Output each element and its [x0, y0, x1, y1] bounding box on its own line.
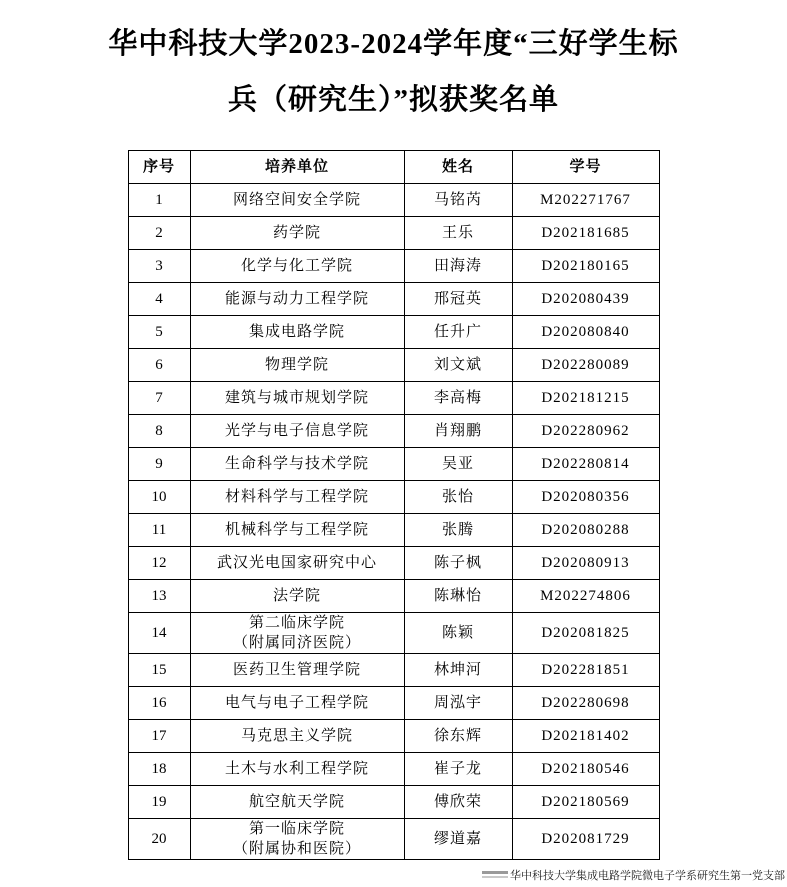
student-id-cell: D202181215: [512, 382, 659, 415]
table-row: 12武汉光电国家研究中心陈子枫D202080913: [128, 547, 659, 580]
document-page: 华中科技大学2023-2024学年度“三好学生标 兵（研究生）”拟获奖名单 序号…: [0, 0, 787, 887]
unit-cell: 能源与动力工程学院: [190, 283, 404, 316]
name-cell: 周泓宇: [404, 687, 512, 720]
unit-cell: 生命科学与技术学院: [190, 448, 404, 481]
unit-line2: （附属协和医院）: [193, 839, 402, 859]
unit-line1: 土木与水利工程学院: [193, 759, 402, 779]
student-id-cell: D202181402: [512, 720, 659, 753]
row-index-cell: 19: [128, 786, 190, 819]
name-cell: 任升广: [404, 316, 512, 349]
student-id-cell: D202181685: [512, 217, 659, 250]
unit-line2: （附属同济医院）: [193, 633, 402, 653]
footer: 华中科技大学集成电路学院微电子学系研究生第一党支部: [482, 867, 785, 883]
unit-line1: 航空航天学院: [193, 792, 402, 812]
row-index-cell: 10: [128, 481, 190, 514]
unit-cell: 医药卫生管理学院: [190, 654, 404, 687]
unit-line1: 光学与电子信息学院: [193, 421, 402, 441]
unit-cell: 第二临床学院（附属同济医院）: [190, 613, 404, 654]
student-id-cell: D202280698: [512, 687, 659, 720]
name-cell: 田海涛: [404, 250, 512, 283]
student-id-cell: D202080840: [512, 316, 659, 349]
table-row: 19航空航天学院傅欣荣D202180569: [128, 786, 659, 819]
table-row: 18土木与水利工程学院崔子龙D202180546: [128, 753, 659, 786]
unit-line1: 马克思主义学院: [193, 726, 402, 746]
row-index-cell: 3: [128, 250, 190, 283]
name-cell: 肖翔鹏: [404, 415, 512, 448]
row-index-cell: 13: [128, 580, 190, 613]
unit-line1: 药学院: [193, 223, 402, 243]
row-index-cell: 16: [128, 687, 190, 720]
row-index-cell: 9: [128, 448, 190, 481]
unit-line1: 材料科学与工程学院: [193, 487, 402, 507]
table-row: 6物理学院刘文斌D202280089: [128, 349, 659, 382]
student-id-cell: D202180165: [512, 250, 659, 283]
page-title-line2: 兵（研究生）”拟获奖名单: [228, 84, 559, 116]
name-cell: 陈颖: [404, 613, 512, 654]
name-cell: 陈子枫: [404, 547, 512, 580]
name-cell: 张腾: [404, 514, 512, 547]
table-row: 11机械科学与工程学院张腾D202080288: [128, 514, 659, 547]
name-cell: 林坤河: [404, 654, 512, 687]
student-id-cell: D202281851: [512, 654, 659, 687]
table-row: 16电气与电子工程学院周泓宇D202280698: [128, 687, 659, 720]
row-index-cell: 8: [128, 415, 190, 448]
unit-line1: 物理学院: [193, 355, 402, 375]
col-header-id: 学号: [512, 151, 659, 184]
unit-line1: 网络空间安全学院: [193, 190, 402, 210]
name-cell: 徐东辉: [404, 720, 512, 753]
table-row: 1网络空间安全学院马铭芮M202271767: [128, 184, 659, 217]
unit-cell: 网络空间安全学院: [190, 184, 404, 217]
table-row: 2药学院王乐D202181685: [128, 217, 659, 250]
row-index-cell: 15: [128, 654, 190, 687]
unit-cell: 机械科学与工程学院: [190, 514, 404, 547]
student-id-cell: D202180569: [512, 786, 659, 819]
student-id-cell: M202274806: [512, 580, 659, 613]
award-table: 序号 培养单位 姓名 学号 1网络空间安全学院马铭芮M2022717672药学院…: [128, 150, 660, 860]
unit-line1: 集成电路学院: [193, 322, 402, 342]
col-header-name: 姓名: [404, 151, 512, 184]
page-title-line1: 华中科技大学2023-2024学年度“三好学生标: [108, 28, 678, 60]
name-cell: 刘文斌: [404, 349, 512, 382]
row-index-cell: 18: [128, 753, 190, 786]
table-row: 17马克思主义学院徐东辉D202181402: [128, 720, 659, 753]
student-id-cell: D202081825: [512, 613, 659, 654]
unit-line1: 法学院: [193, 586, 402, 606]
col-header-unit: 培养单位: [190, 151, 404, 184]
table-row: 9生命科学与技术学院吴亚D202280814: [128, 448, 659, 481]
unit-cell: 药学院: [190, 217, 404, 250]
student-id-cell: D202080439: [512, 283, 659, 316]
table-row: 7建筑与城市规划学院李高梅D202181215: [128, 382, 659, 415]
row-index-cell: 2: [128, 217, 190, 250]
row-index-cell: 6: [128, 349, 190, 382]
table-row: 3化学与化工学院田海涛D202180165: [128, 250, 659, 283]
student-id-cell: D202080356: [512, 481, 659, 514]
table-row: 10材料科学与工程学院张怡D202080356: [128, 481, 659, 514]
unit-line1: 武汉光电国家研究中心: [193, 553, 402, 573]
table-header-row: 序号 培养单位 姓名 学号: [128, 151, 659, 184]
unit-cell: 武汉光电国家研究中心: [190, 547, 404, 580]
table-row: 8光学与电子信息学院肖翔鹏D202280962: [128, 415, 659, 448]
student-id-cell: M202271767: [512, 184, 659, 217]
unit-cell: 材料科学与工程学院: [190, 481, 404, 514]
student-id-cell: D202280814: [512, 448, 659, 481]
unit-line1: 第二临床学院: [193, 613, 402, 633]
name-cell: 邢冠英: [404, 283, 512, 316]
student-id-cell: D202080913: [512, 547, 659, 580]
unit-line1: 生命科学与技术学院: [193, 454, 402, 474]
name-cell: 吴亚: [404, 448, 512, 481]
unit-cell: 法学院: [190, 580, 404, 613]
unit-line1: 电气与电子工程学院: [193, 693, 402, 713]
col-header-index: 序号: [128, 151, 190, 184]
name-cell: 陈琳怡: [404, 580, 512, 613]
unit-cell: 建筑与城市规划学院: [190, 382, 404, 415]
table-row: 20第一临床学院（附属协和医院）缪道嘉D202081729: [128, 819, 659, 860]
row-index-cell: 17: [128, 720, 190, 753]
name-cell: 李高梅: [404, 382, 512, 415]
table-row: 13法学院陈琳怡M202274806: [128, 580, 659, 613]
table-row: 4能源与动力工程学院邢冠英D202080439: [128, 283, 659, 316]
unit-cell: 航空航天学院: [190, 786, 404, 819]
row-index-cell: 20: [128, 819, 190, 860]
unit-line1: 能源与动力工程学院: [193, 289, 402, 309]
name-cell: 张怡: [404, 481, 512, 514]
row-index-cell: 14: [128, 613, 190, 654]
name-cell: 傅欣荣: [404, 786, 512, 819]
footer-watermark-logo: [482, 871, 508, 879]
name-cell: 马铭芮: [404, 184, 512, 217]
row-index-cell: 12: [128, 547, 190, 580]
unit-cell: 集成电路学院: [190, 316, 404, 349]
unit-line1: 建筑与城市规划学院: [193, 388, 402, 408]
name-cell: 崔子龙: [404, 753, 512, 786]
table-row: 15医药卫生管理学院林坤河D202281851: [128, 654, 659, 687]
student-id-cell: D202080288: [512, 514, 659, 547]
table-row: 5集成电路学院任升广D202080840: [128, 316, 659, 349]
unit-cell: 土木与水利工程学院: [190, 753, 404, 786]
page-title: 华中科技大学2023-2024学年度“三好学生标 兵（研究生）”拟获奖名单: [74, 0, 714, 128]
unit-cell: 马克思主义学院: [190, 720, 404, 753]
student-id-cell: D202280962: [512, 415, 659, 448]
row-index-cell: 7: [128, 382, 190, 415]
row-index-cell: 1: [128, 184, 190, 217]
name-cell: 缪道嘉: [404, 819, 512, 860]
unit-line1: 化学与化工学院: [193, 256, 402, 276]
unit-cell: 光学与电子信息学院: [190, 415, 404, 448]
row-index-cell: 5: [128, 316, 190, 349]
name-cell: 王乐: [404, 217, 512, 250]
table-row: 14第二临床学院（附属同济医院）陈颖D202081825: [128, 613, 659, 654]
unit-line1: 机械科学与工程学院: [193, 520, 402, 540]
row-index-cell: 4: [128, 283, 190, 316]
student-id-cell: D202081729: [512, 819, 659, 860]
row-index-cell: 11: [128, 514, 190, 547]
student-id-cell: D202280089: [512, 349, 659, 382]
student-id-cell: D202180546: [512, 753, 659, 786]
unit-cell: 物理学院: [190, 349, 404, 382]
unit-cell: 电气与电子工程学院: [190, 687, 404, 720]
footer-text: 华中科技大学集成电路学院微电子学系研究生第一党支部: [510, 867, 785, 883]
unit-cell: 第一临床学院（附属协和医院）: [190, 819, 404, 860]
unit-cell: 化学与化工学院: [190, 250, 404, 283]
unit-line1: 医药卫生管理学院: [193, 660, 402, 680]
unit-line1: 第一临床学院: [193, 819, 402, 839]
